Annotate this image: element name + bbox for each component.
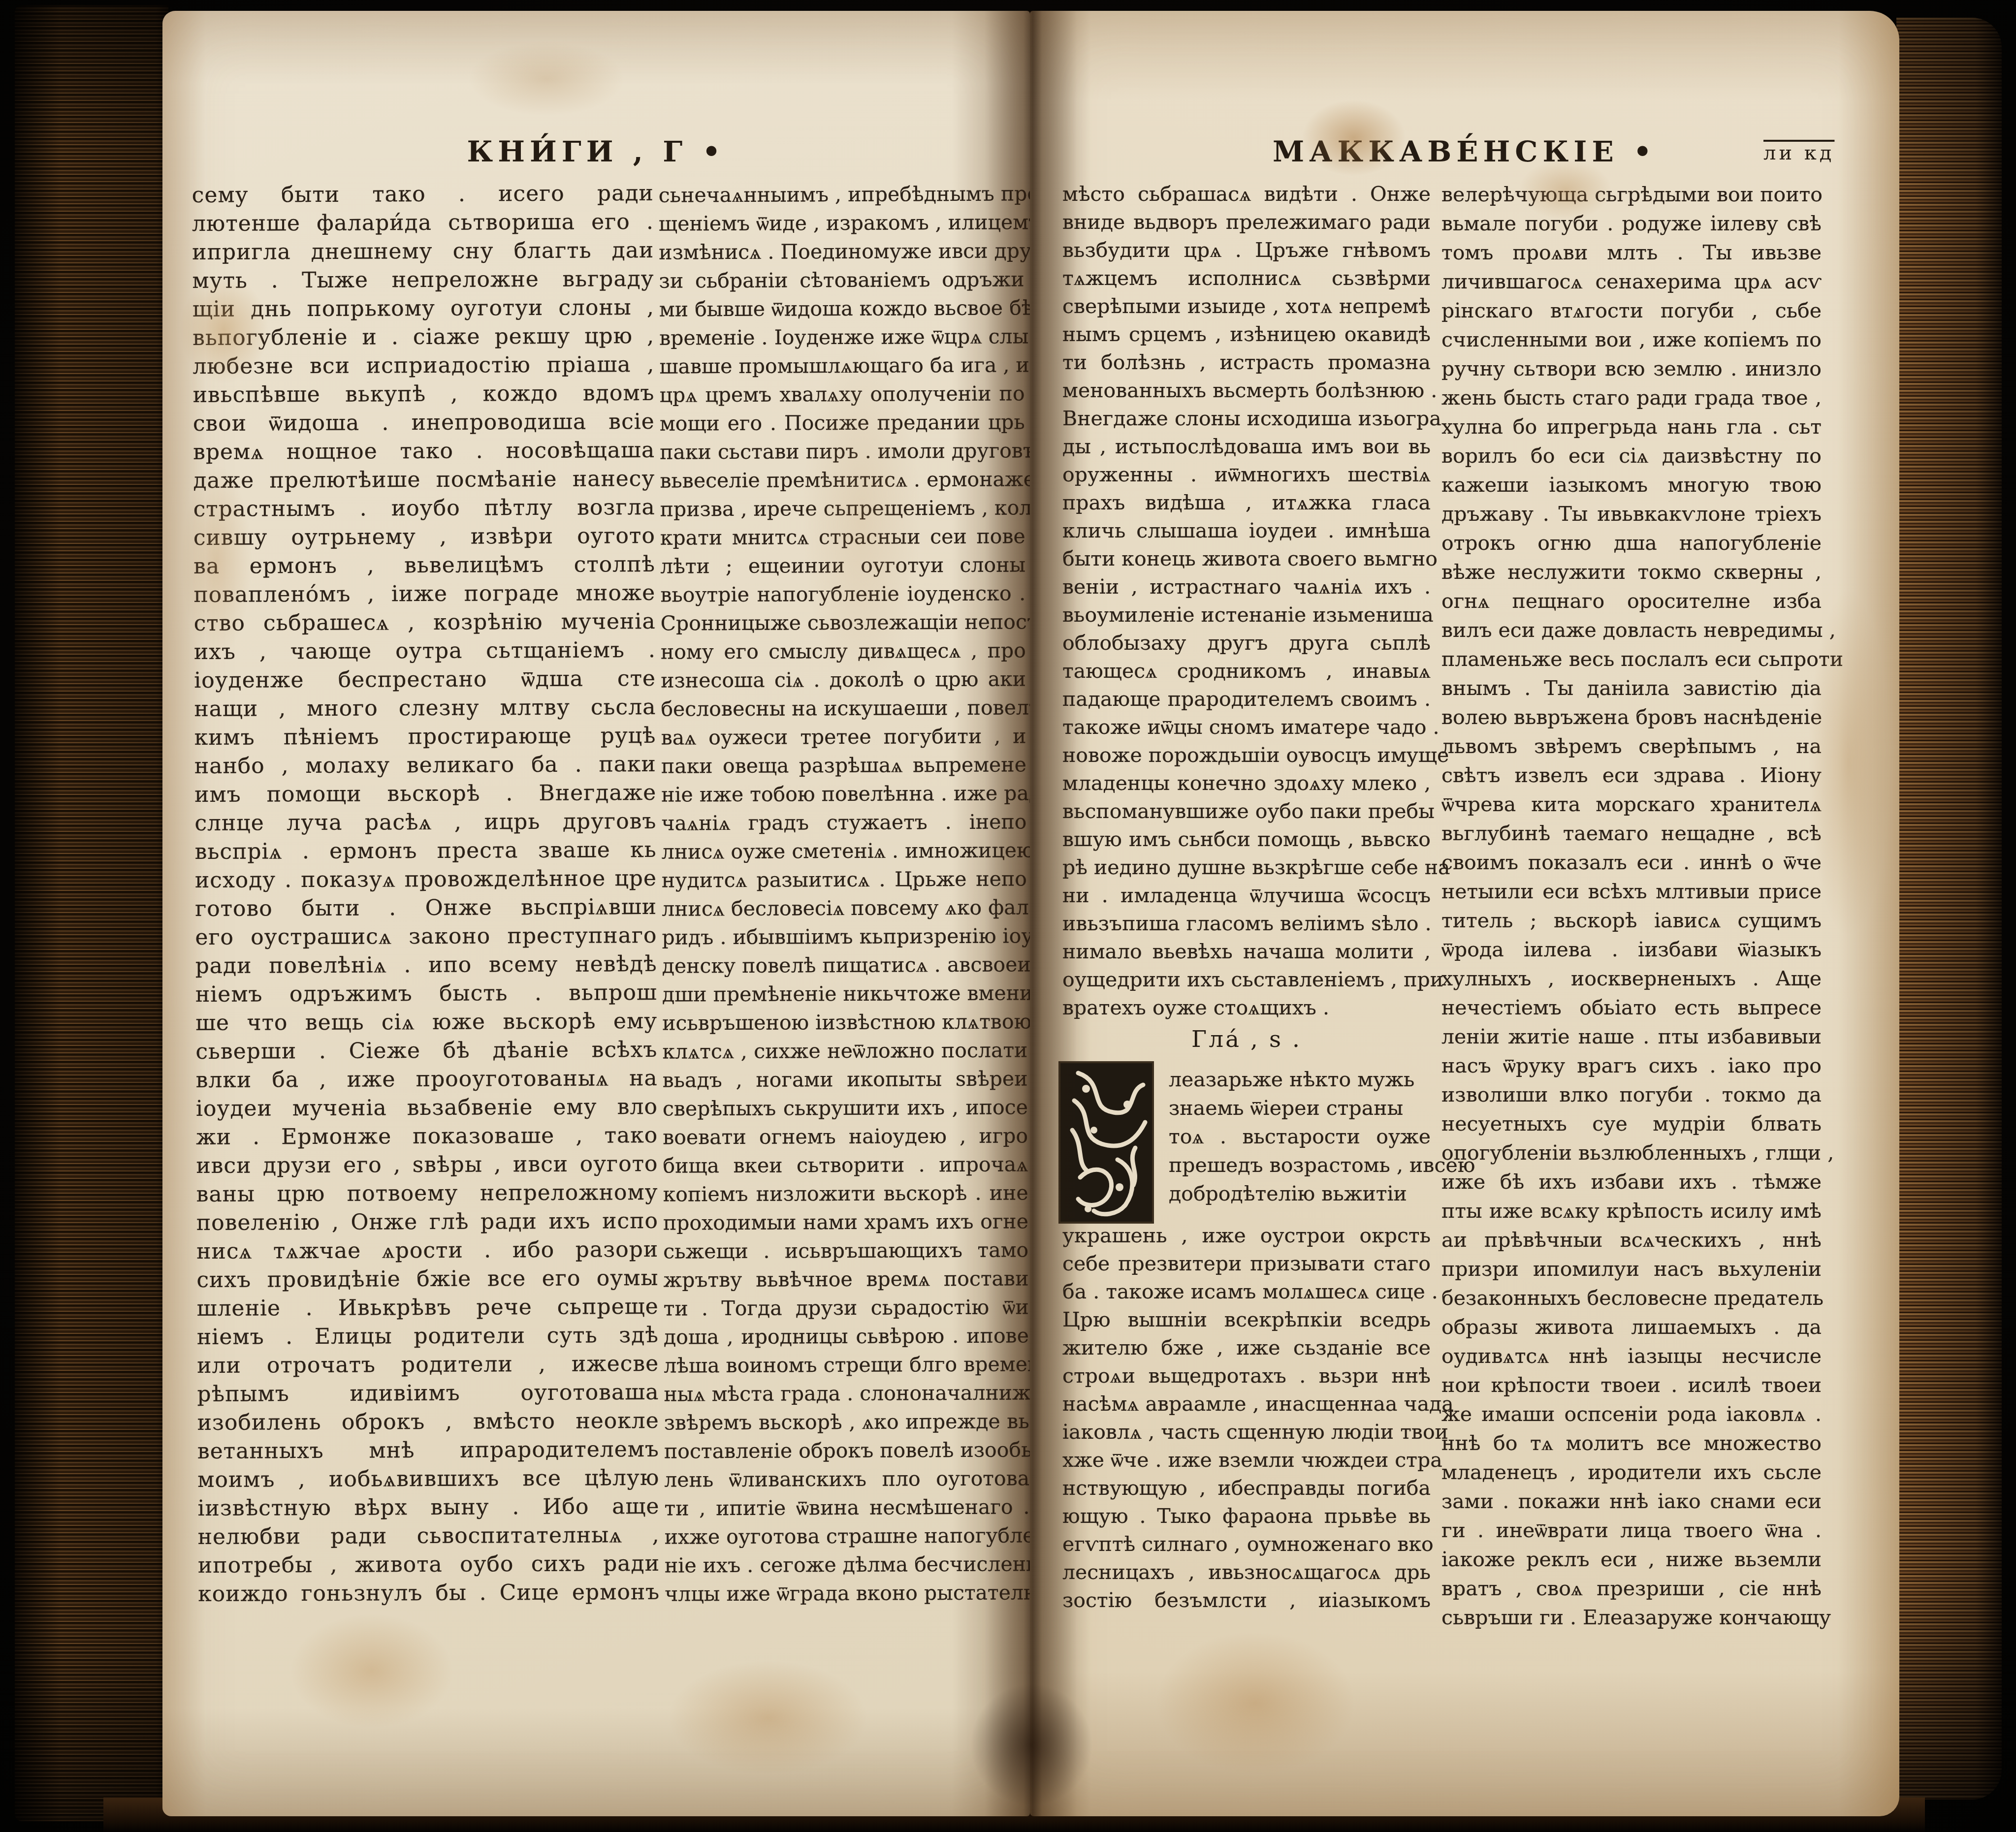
right-fore-edge-pages: [1896, 18, 2002, 1800]
text-column-2: сьнечаѧнныимъ , ипребѣднымъ прещеніемъ ѿ…: [659, 179, 1030, 1608]
photo-background: КНИ́ГИ , Г • сему быти тако . исего ради…: [0, 0, 2016, 1832]
right-page: МАККАВЕ́НСКІЕ • ли кд мѣсто сьбрашасѧ ви…: [1030, 11, 1899, 1816]
text-column-1: сему быти тако . исего радилютенше фалар…: [192, 179, 660, 1609]
text-column-3-lower: украшень , иже оустрои окрстьсебе презви…: [1062, 1222, 1431, 1614]
text-column-3-upper: мѣсто сьбрашасѧ видѣти . Онжевниде вьдво…: [1062, 180, 1431, 1022]
running-head-left: КНИ́ГИ , Г •: [162, 135, 1030, 168]
left-page: КНИ́ГИ , Г • сему быти тако . исего ради…: [162, 11, 1030, 1816]
drop-cap-initial-E: [1058, 1061, 1154, 1224]
folio-number: ли кд: [1763, 142, 1911, 164]
left-fore-edge-pages: [15, 5, 168, 1821]
chapter-heading: Гла́ , ѕ .: [1062, 1026, 1431, 1053]
text-column-4: велерѣчующа сьгрѣдыми вои поитовьмале по…: [1441, 180, 1822, 1632]
text-column-3-beside-initial: леазарьже нѣкто мужьзнаемь ѿіереи страны…: [1169, 1065, 1431, 1208]
